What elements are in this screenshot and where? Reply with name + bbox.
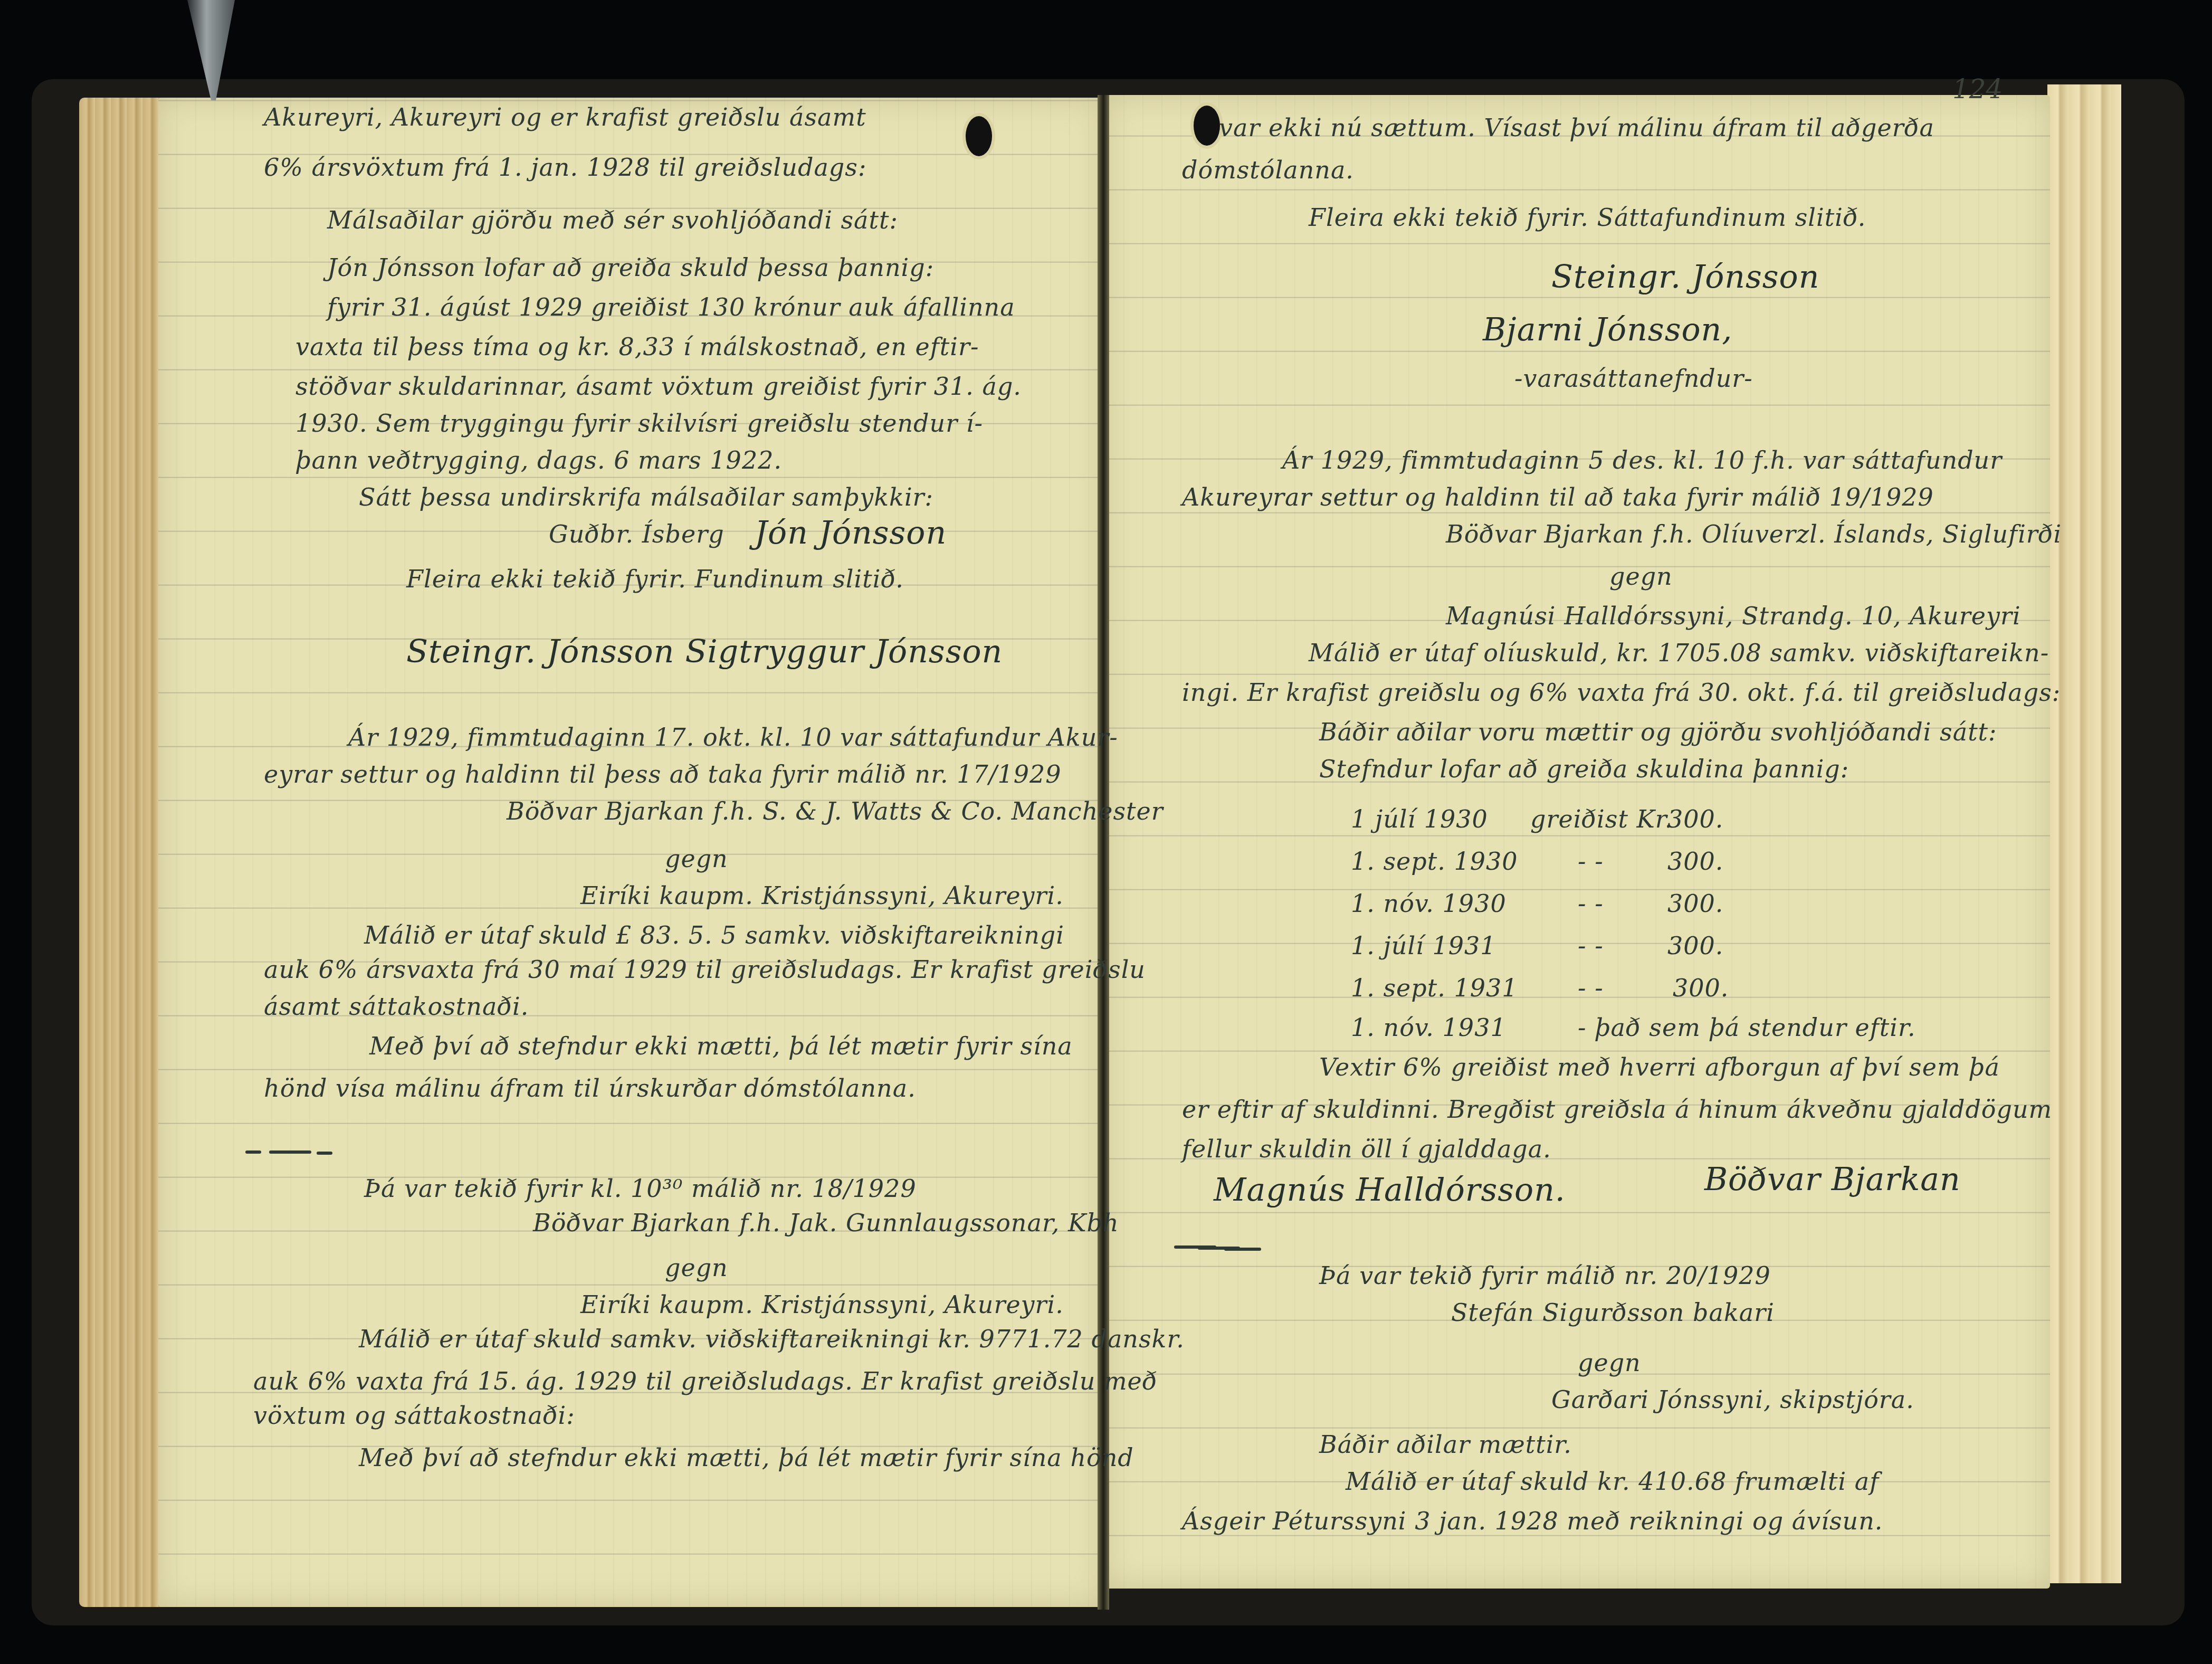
text-line: Vextir 6% greiðist með hverri afborgun a… — [1319, 1053, 2000, 1081]
text-line: Ár 1929, fimmtudaginn 5 des. kl. 10 f.h.… — [1282, 446, 2002, 474]
text-line: Málið er útaf skuld samkv. viðskiftareik… — [359, 1325, 1185, 1353]
text-line: Báðir aðilar voru mættir og gjörðu svohl… — [1319, 718, 1997, 746]
text-line: auk 6% ársvaxta frá 30 maí 1929 til grei… — [264, 955, 1146, 984]
schedule-date: 1. sept. 1930 — [1351, 847, 1518, 876]
text-line: ingi. Er krafist greiðslu og 6% vaxta fr… — [1182, 678, 2061, 707]
text-line: Ásgeir Péturssyni 3 jan. 1928 með reikni… — [1182, 1507, 1883, 1535]
text-line: dómstólanna. — [1182, 156, 1354, 184]
text-line: Þá var tekið fyrir málið nr. 20/1929 — [1319, 1261, 1771, 1290]
text-line: vöxtum og sáttakostnaði: — [253, 1401, 575, 1430]
schedule-text: - það sem þá stendur eftir. — [1578, 1013, 1916, 1042]
schedule-date: 1. nóv. 1930 — [1351, 889, 1507, 918]
text-line: vaxta til þess tíma og kr. 8,33 í málsko… — [295, 332, 979, 361]
text-line: 6% ársvöxtum frá 1. jan. 1928 til greiðs… — [264, 153, 866, 182]
text-line: Eiríki kaupm. Kristjánssyni, Akureyri. — [580, 881, 1064, 910]
text-line: Fleira ekki tekið fyrir. Fundinum slitið… — [406, 565, 904, 593]
signature: Bjarni Jónsson, — [1483, 311, 1732, 348]
text-line: Stefndur lofar að greiða skuldina þannig… — [1319, 755, 1849, 783]
schedule-date: 1. júlí 1931 — [1351, 931, 1496, 960]
schedule-text: - - — [1578, 931, 1604, 960]
text-line: 1930. Sem tryggingu fyrir skilvísri grei… — [295, 409, 983, 438]
text-line: hönd vísa málinu áfram til úrskurðar dóm… — [264, 1074, 916, 1102]
text-line: Með því að stefndur ekki mætti, þá lét m… — [359, 1443, 1134, 1472]
separator-dash — [317, 1152, 332, 1155]
schedule-text: - - — [1578, 889, 1604, 918]
text-line: Báðir aðilar mættir. — [1319, 1430, 1572, 1459]
punch-hole-icon — [966, 116, 992, 156]
text-line: Akureyrar settur og haldinn til að taka … — [1182, 483, 1934, 511]
text-line: Ár 1929, fimmtudaginn 17. okt. kl. 10 va… — [348, 723, 1118, 752]
schedule-amount: 300. — [1667, 931, 1723, 960]
signature: Böðvar Bjarkan — [1704, 1161, 1961, 1198]
text-line: Þá var tekið fyrir kl. 10³⁰ málið nr. 18… — [364, 1174, 917, 1203]
schedule-date: 1. nóv. 1931 — [1351, 1013, 1507, 1042]
text-line: Sátt þessa undirskrifa málsaðilar samþyk… — [359, 483, 933, 511]
text-line: stöðvar skuldarinnar, ásamt vöxtum greið… — [295, 372, 1022, 401]
signature: Magnús Halldórsson. — [1214, 1172, 1566, 1209]
text-line: gegn — [665, 1253, 728, 1282]
schedule-text: - - — [1578, 974, 1604, 1002]
text-line: Fleira ekki tekið fyrir. Sáttafundinum s… — [1309, 203, 1866, 232]
text-line: eyrar settur og haldinn til þess að taka… — [264, 760, 1061, 788]
schedule-date: 1 júlí 1930 — [1351, 805, 1488, 833]
schedule-amount: 300. — [1667, 805, 1723, 833]
text-line: er eftir af skuldinni. Bregðist greiðsla… — [1182, 1095, 2052, 1124]
signature: Jón Jónsson — [755, 515, 947, 552]
text-line: Magnúsi Halldórssyni, Strandg. 10, Akure… — [1446, 602, 2021, 630]
left-page-edges — [79, 98, 164, 1607]
right-page-edges — [2047, 84, 2121, 1583]
text-line: Málið er útaf skuld kr. 410.68 frumælti … — [1346, 1467, 1879, 1496]
text-line: Böðvar Bjarkan f.h. Jak. Gunnlaugssonar,… — [533, 1209, 1119, 1237]
separator-dash — [269, 1150, 311, 1154]
text-line: gegn — [665, 844, 728, 873]
schedule-amount: 300. — [1673, 974, 1729, 1002]
schedule-amount: 300. — [1667, 847, 1723, 876]
text-line: Jón Jónsson lofar að greiða skuld þessa … — [327, 253, 934, 282]
text-line: Eiríki kaupm. Kristjánssyni, Akureyri. — [580, 1290, 1064, 1319]
separator-dash — [245, 1150, 261, 1154]
text-line: auk 6% vaxta frá 15. ág. 1929 til greiðs… — [253, 1367, 1157, 1395]
text-line: fyrir 31. ágúst 1929 greiðist 130 krónur… — [327, 293, 1015, 321]
schedule-date: 1. sept. 1931 — [1351, 974, 1518, 1002]
signature: Steingr. Jónsson Sigtryggur Jónsson — [406, 633, 1003, 670]
schedule-text: greiðist Kr. — [1530, 805, 1673, 833]
signature-title: -varasáttanefndur- — [1514, 364, 1753, 393]
signature: Guðbr. Ísberg — [549, 520, 724, 548]
text-line: gegn — [1578, 1348, 1641, 1377]
text-line: Stefán Sigurðsson bakari — [1451, 1298, 1775, 1327]
text-line: þann veðtrygging, dags. 6 mars 1922. — [295, 446, 782, 474]
punch-hole-icon — [1194, 106, 1220, 146]
text-line: var ekki nú sættum. Vísast því málinu áf… — [1219, 113, 1934, 142]
text-line: Akureyri, Akureyri og er krafist greiðsl… — [264, 103, 866, 131]
text-line: Garðari Jónssyni, skipstjóra. — [1551, 1385, 1914, 1414]
text-line: Með því að stefndur ekki mætti, þá lét m… — [369, 1032, 1073, 1060]
text-line: fellur skuldin öll í gjalddaga. — [1182, 1135, 1551, 1163]
text-line: ásamt sáttakostnaði. — [264, 992, 529, 1021]
separator-dash — [1224, 1248, 1261, 1251]
text-line: Böðvar Bjarkan f.h. Olíuverzl. Íslands, … — [1446, 520, 2062, 548]
text-line: Málið er útaf olíuskuld, kr. 1705.08 sam… — [1309, 639, 2049, 667]
text-line: Böðvar Bjarkan f.h. S. & J. Watts & Co. … — [507, 797, 1164, 825]
page-number: 124 — [1952, 74, 2003, 104]
signature: Steingr. Jónsson — [1551, 259, 1819, 296]
schedule-text: - - — [1578, 847, 1604, 876]
text-line: Málsaðilar gjörðu með sér svohljóðandi s… — [327, 206, 898, 234]
text-line: Málið er útaf skuld £ 83. 5. 5 samkv. vi… — [364, 921, 1064, 949]
text-line: gegn — [1609, 562, 1673, 591]
schedule-amount: 300. — [1667, 889, 1723, 918]
